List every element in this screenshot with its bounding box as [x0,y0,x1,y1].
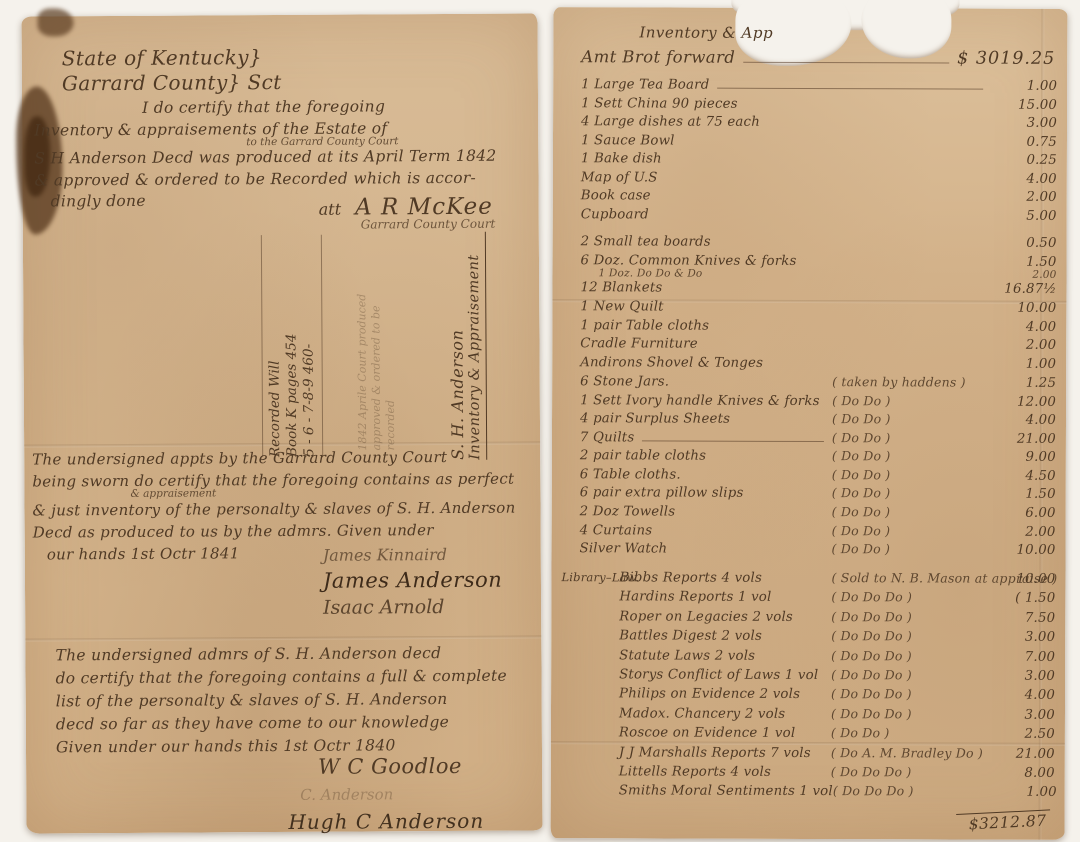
book-note: ( Do Do Do ) [831,764,989,780]
library-row: Hardins Reports 1 vol( Do Do Do )( 1.50 [561,589,1055,610]
spacer [669,386,832,387]
item-price: 1.00 [990,356,1056,371]
ledger-rule [642,440,824,442]
signature: James Kinnaird [323,542,502,568]
docket-decedent-name: S. H. Anderson [447,232,467,460]
book-title: Battles Digest 2 vols [619,629,762,644]
document-photo: State of Kentucky} Garrard County} Sct I… [0,0,1080,842]
item-price: 10.00 [990,301,1056,316]
book-title: Roper on Legacies 2 vols [619,609,793,625]
book-note: ( Do Do Do ) [833,783,991,799]
docket-title: S. H. Anderson Inventory & Appraisement [447,229,540,460]
item-name: Andirons Shovel & Tonges [580,355,763,371]
item-name: 6 Doz. Common Knives & forks [581,253,797,269]
library-row: Roper on Legacies 2 vols( Do Do Do )7.50 [561,608,1055,629]
item-name: 1 Bake dish [581,151,662,166]
item-price: 6.00 [990,506,1056,521]
spacer [675,516,831,517]
signature: C. Anderson [300,782,484,807]
signature: W C Goodloe [318,750,484,783]
item-name: 1 Sett China 90 pieces [581,96,738,112]
inventory-row: 1 Sauce Bowl0.75 [581,133,1057,153]
item-note: ( Do Do ) [832,486,990,502]
book-title: Madox. Chancery 2 vols [619,706,785,722]
recorded-line: Recorded Will [266,235,284,457]
brought-forward-row: Amt Brot forward $ 3019.25 [581,47,1055,69]
inventory-row: 2 Doz Towells( Do Do )6.00 [580,503,1056,523]
inventory-row: 4 Large dishes at 75 each3.00 [581,114,1057,134]
brought-forward-amount: $ 3019.25 [957,49,1055,69]
spacer [763,366,990,367]
item-name: 1 Sett Ivory handle Knives & forks [580,393,820,409]
inventory-row: Map of U.S4.00 [581,170,1057,190]
book-price: 7.00 [989,649,1055,664]
heading-line: Garrard County} Sct [62,70,282,96]
book-note: ( Do Do ) [831,725,989,741]
item-price: 1.00 [991,79,1057,94]
library-items: Library–Law.Bibbs Reports 4 vols( Sold t… [561,569,1056,803]
cert-line: do certify that the foregoing contains a… [55,664,545,690]
item-price: 3.00 [991,116,1057,131]
item-name: 1 pair Table cloths [580,318,709,333]
total-row: $3212.87 [957,812,1051,832]
inventory-row: 6 Table cloths.( Do Do )4.50 [580,466,1056,486]
spacer [681,478,832,479]
spacer [675,144,991,145]
spacer [662,292,990,293]
inventory-row: Cradle Furniture2.00 [580,336,1056,356]
spacer [760,126,991,127]
attest-label: att [319,200,342,219]
item-price: 0.50 [991,236,1057,251]
recorded-line: Book K pages 454 [283,235,301,457]
item-price: 2.00 [990,524,1056,539]
attestation: attA R McKee Garrard County Court [319,193,539,231]
item-name: 4 pair Surplus Sheets [580,411,730,427]
book-price: ( 1.50 [989,591,1055,606]
spacer [652,534,831,535]
book-note: ( Do A. M. Bradley Do ) [831,745,989,761]
item-note: ( taken by haddens ) [832,374,990,390]
cert-line: & just inventory of the personalty & sla… [32,496,534,521]
book-title: Philips on Evidence 2 vols [619,687,800,703]
left-page: State of Kentucky} Garrard County} Sct I… [22,13,543,833]
item-price: 9.00 [990,450,1056,465]
book-note: ( Do Do Do ) [831,667,989,683]
book-note: ( Do Do Do ) [831,589,989,605]
library-row: Roscoe on Evidence 1 vol( Do Do )2.50 [561,724,1055,745]
library-row: Statute Laws 2 vols( Do Do Do )7.00 [561,647,1055,668]
total-amount: $3212.87 [956,809,1051,834]
heading-line: State of Kentucky} [62,45,282,71]
book-note: ( Sold to N. B. Mason at appraise ) [831,570,989,586]
spacer [709,329,990,330]
spacer [662,163,991,164]
inventory-row: 6 Stone Jars.( taken by haddens )1.25 [580,373,1056,393]
spacer [702,277,990,278]
item-name: 7 Quilts [580,430,634,445]
book-price: 8.00 [989,766,1055,781]
book-price: 7.50 [989,610,1055,625]
interlineation: to the Garrard County Court [246,136,528,147]
appraisers-signatures: James KinnairdJames AndersonIsaac Arnold [323,542,503,622]
fold-crease [25,635,541,641]
inventory-row: 1 Sett Ivory handle Knives & forks( Do D… [580,392,1056,412]
item-note: ( Do Do ) [832,467,990,483]
inventory-row: 6 pair extra pillow slips( Do Do )1.50 [580,485,1056,505]
book-price: 1.00 [991,785,1057,800]
item-name: 6 pair extra pillow slips [580,486,744,502]
book-note: ( Do Do Do ) [831,609,989,625]
item-price: 2.00 [990,338,1056,353]
library-row: Battles Digest 2 vols( Do Do Do )3.00 [561,627,1055,648]
item-price: 0.25 [991,153,1057,168]
book-price: 4.00 [989,688,1055,703]
item-price: 12.00 [990,394,1056,409]
item-note: ( Do Do ) [832,523,990,539]
inventory-row: Cupboard5.00 [581,207,1057,227]
spacer [667,553,831,554]
item-name: 2 pair table cloths [580,449,706,464]
inventory-row: 4 Curtains( Do Do )2.00 [580,522,1056,542]
item-name: Cradle Furniture [580,336,698,351]
item-name: 1 Large Tea Board [581,77,709,92]
book-price: 3.00 [989,707,1055,722]
item-price: 4.00 [990,413,1056,428]
inventory-row: 12 Blankets16.87½ [580,281,1056,301]
library-row: J J Marshalls Reports 7 vols( Do A. M. B… [561,744,1055,765]
spacer [664,311,991,312]
inventory-title: Inventory & App [639,23,773,41]
book-title: Hardins Reports 1 vol [619,590,771,606]
item-price: 1.25 [990,376,1056,391]
inventory-row: Silver Watch( Do Do )10.00 [580,540,1056,560]
item-note: ( Do Do ) [832,448,990,464]
inventory-row: 2 Small tea boards0.50 [581,235,1057,255]
inventory-row: Book case2.00 [581,188,1057,208]
inventory-row: 4 pair Surplus Sheets( Do Do )4.00 [580,410,1056,430]
book-title: Littells Reports 4 vols [619,764,771,780]
inventory-row: Andirons Shovel & Tonges1.00 [580,355,1056,375]
item-name: 1 Sauce Bowl [581,133,675,148]
cert-line: S H Anderson Decd was produced at its Ap… [34,145,528,170]
item-name: 6 Stone Jars. [580,374,669,389]
library-row: Madox. Chancery 2 vols( Do Do Do )3.00 [561,705,1055,726]
cert-line: list of the personalty & slaves of S. H.… [56,687,546,713]
book-note: ( Do Do Do ) [831,686,989,702]
item-price: 10.00 [990,543,1056,558]
ledger-rule [717,88,983,90]
library-row: Philips on Evidence 2 vols( Do Do Do )4.… [561,685,1055,706]
item-name: Silver Watch [580,541,668,556]
item-note: ( Do Do ) [832,411,990,427]
signature: Isaac Arnold [323,594,502,622]
inventory-row: 1 Large Tea Board1.00 [581,77,1057,97]
book-title: Statute Laws 2 vols [619,648,755,663]
item-price: 2.00 [991,190,1057,205]
book-title: J J Marshalls Reports 7 vols [619,745,811,761]
library-row: Storys Conflict of Laws 1 vol( Do Do Do … [561,666,1055,687]
recorded-line: 5 - 6 - 7-8-9 460- [300,235,318,457]
inventory-row: 2 pair table cloths( Do Do )9.00 [580,448,1056,468]
right-page: Inventory & App Amt Brot forward $ 3019.… [551,7,1068,840]
cert-line: The undersigned admrs of S. H. Anderson … [55,641,545,667]
inventory-row: 1 pair Table cloths4.00 [580,318,1056,338]
signature: Hugh C Anderson [288,806,484,837]
inventory-row: 1 Doz. Do Do & Do2.00 [580,268,1056,283]
inventory-items: 1 Large Tea Board1.001 Sett China 90 pie… [580,77,1058,560]
item-name: 2 Doz Towells [580,504,676,519]
item-price: 2.00 [990,269,1056,281]
item-price: 16.87½ [990,282,1056,297]
corner-stain [37,8,73,36]
library-row: Library–Law.Bibbs Reports 4 vols( Sold t… [561,569,1055,590]
item-name: Book case [581,188,651,203]
item-note: ( Do Do ) [832,393,990,409]
cert-line: decd so far as they have come to our kno… [56,710,546,736]
book-title: Bibbs Reports 4 vols [619,570,762,585]
signature: James Anderson [323,567,502,595]
spacer [649,218,991,219]
item-name: 4 Curtains [580,523,653,538]
item-name: 1 Doz. Do Do & Do [599,268,703,280]
book-price: 3.00 [989,669,1055,684]
item-name: 6 Table cloths. [580,467,681,482]
cert-line: Decd as produced to us by the admrs. Giv… [33,518,535,543]
cert-line: I do certify that the foregoing [34,95,528,120]
item-price: 4.00 [990,319,1056,334]
faint-line: approved & ordered to be [369,250,384,450]
spacer [651,200,991,201]
book-note: ( Do Do Do ) [831,706,989,722]
spacer [738,107,991,108]
item-name: 12 Blankets [580,281,662,296]
item-note: ( Do Do ) [832,504,990,520]
docket-faint-note: 1842 Aprile Court produced approved & or… [355,248,422,450]
spacer [711,246,991,247]
spacer [797,265,991,266]
book-title: Roscoe on Evidence 1 vol [619,725,795,741]
inventory-row: 1 Bake dish0.25 [581,151,1057,171]
item-price: 1.50 [991,255,1057,270]
item-name: 1 New Quilt [580,299,663,314]
library-row: Littells Reports 4 vols( Do Do Do )8.00 [561,763,1055,784]
item-price: 15.00 [991,97,1057,112]
item-name: 2 Small tea boards [581,235,711,250]
faint-line: recorded [383,250,398,450]
cert-line: The undersigned appts by the Garrard Cou… [32,445,534,470]
item-note: ( Do Do ) [832,430,990,446]
library-section-label: Library–Law. [561,570,619,584]
faint-line: 1842 Aprile Court produced [355,250,370,450]
item-price: 1.50 [990,487,1056,502]
book-price: 3.00 [989,630,1055,645]
item-note: ( Do Do ) [832,541,990,557]
item-price: 21.00 [990,431,1056,446]
library-row: Smiths Moral Sentiments 1 vol( Do Do Do … [561,782,1055,803]
administrators-signatures: W C GoodloeC. AndersonHugh C Anderson [318,750,484,837]
item-price: 4.50 [990,469,1056,484]
book-price: 21.00 [989,746,1055,761]
item-price: 5.00 [991,208,1057,223]
item-price: 0.75 [991,134,1057,149]
book-title: Storys Conflict of Laws 1 vol [619,667,818,683]
item-name: 4 Large dishes at 75 each [581,114,760,130]
spacer [698,348,990,349]
spacer [658,181,991,182]
brought-forward-label: Amt Brot forward [581,47,735,67]
book-price: 2.50 [989,727,1055,742]
book-note: ( Do Do Do ) [831,648,989,664]
ledger-rule [743,62,949,64]
inventory-row: 7 Quilts( Do Do )21.00 [580,429,1056,449]
docket-recorded-note: Recorded Will Book K pages 454 5 - 6 - 7… [261,233,342,457]
cert-line: & approved & ordered to be Recorded whic… [34,167,528,192]
inventory-row: 1 Sett China 90 pieces15.00 [581,96,1057,116]
inventory-row: 1 New Quilt10.00 [580,299,1056,319]
item-name: Cupboard [581,207,649,222]
book-title: Smiths Moral Sentiments 1 vol [619,784,833,800]
docket-label: Inventory & Appraisement [466,232,487,460]
page-heading: State of Kentucky} Garrard County} Sct [62,45,282,96]
administrators-certification: The undersigned admrs of S. H. Anderson … [55,641,546,759]
item-name: Map of U.S [581,170,658,185]
item-price: 4.00 [991,171,1057,186]
book-note: ( Do Do Do ) [831,628,989,644]
